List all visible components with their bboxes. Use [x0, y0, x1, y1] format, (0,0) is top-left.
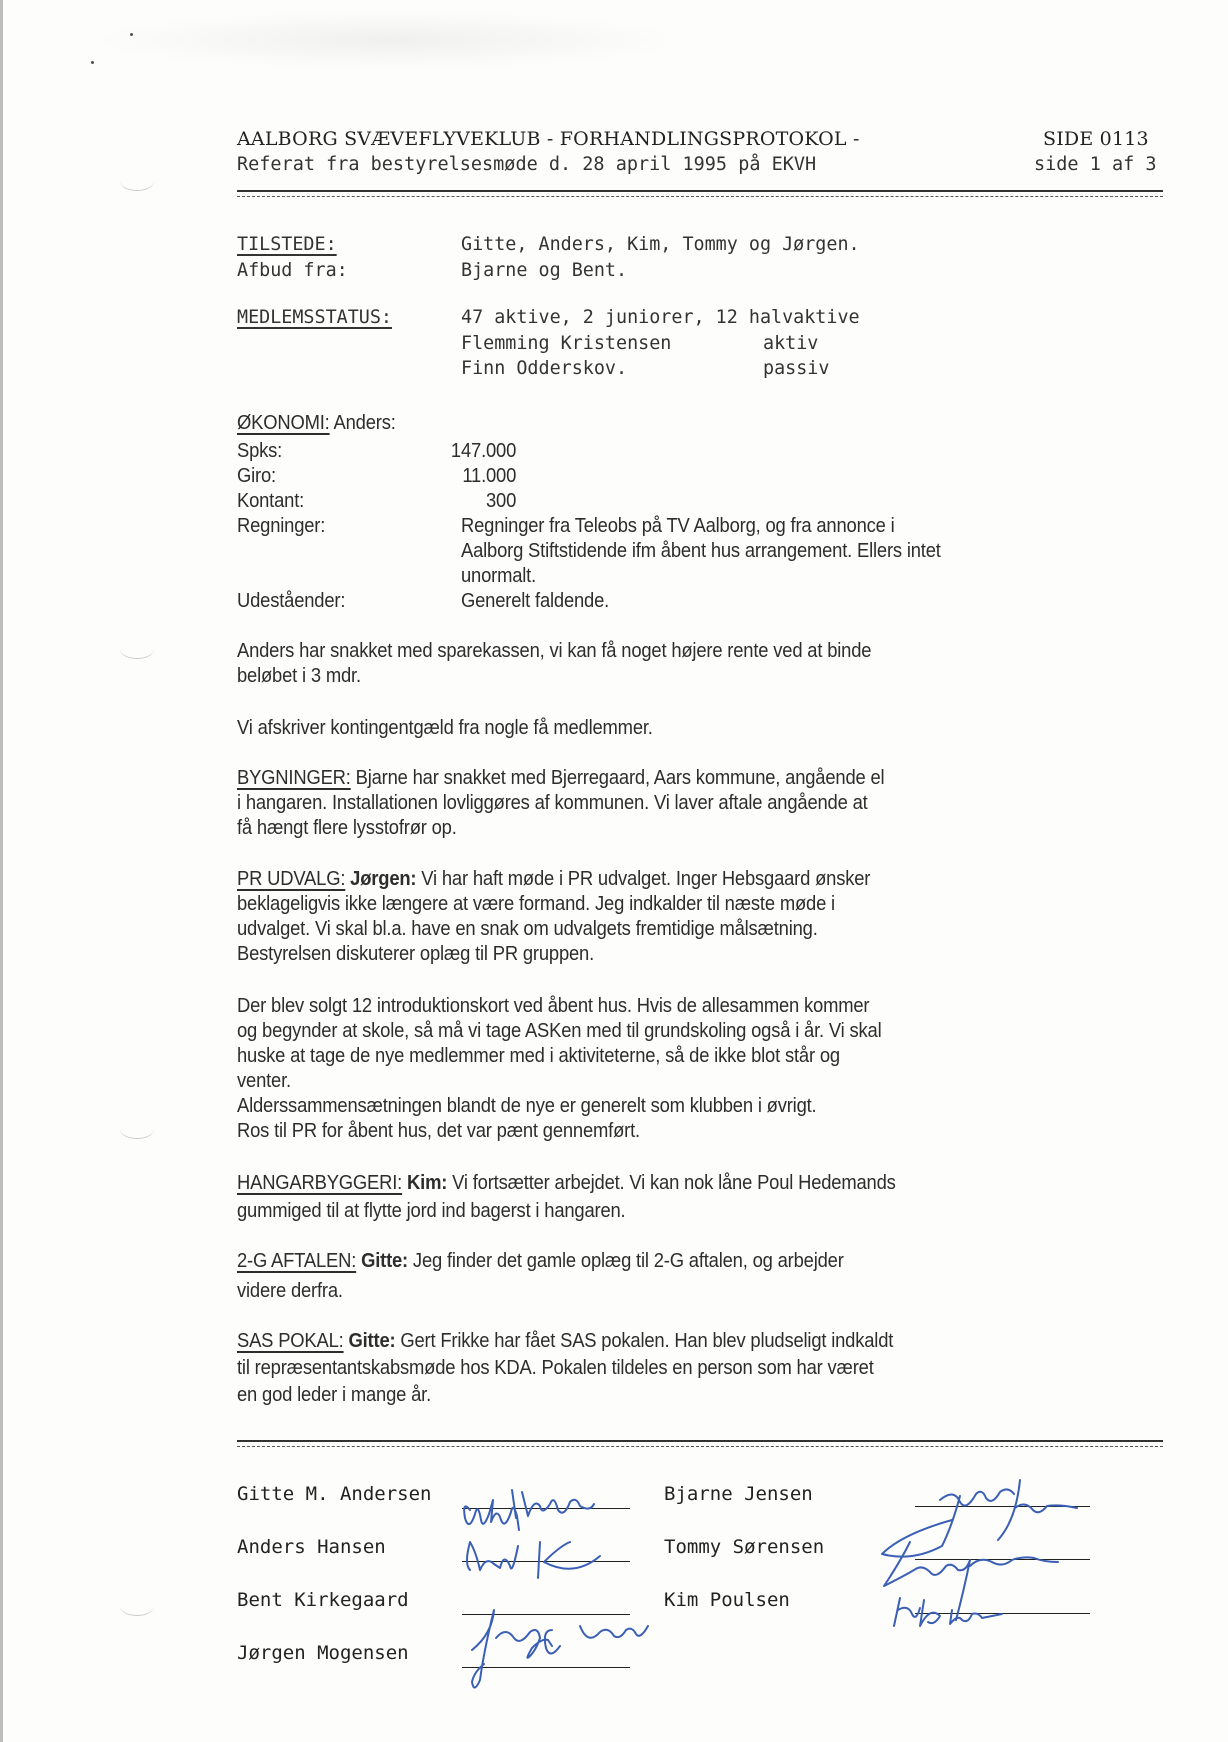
- scan-speck: [130, 33, 133, 36]
- openhouse-line: og begynder at skole, så må vi tage ASKe…: [237, 1020, 881, 1043]
- buildings-text: Bjarne har snakket med Bjerregaard, Aars…: [351, 767, 885, 789]
- absent-label: Afbud fra:: [237, 258, 348, 283]
- sas-label: SAS POKAL:: [237, 1330, 344, 1352]
- savings-line: Anders har snakket med sparekassen, vi k…: [237, 640, 871, 663]
- buildings-line: få hængt flere lysstofrør op.: [237, 817, 457, 840]
- absent-value: Bjarne og Bent.: [461, 258, 627, 283]
- bills-label: Regninger:: [237, 515, 325, 538]
- buildings-label: BYGNINGER:: [237, 767, 351, 789]
- scan-speck: [91, 61, 94, 64]
- member-status: aktiv: [763, 331, 818, 356]
- scan-smudge: [90, 10, 690, 70]
- account-value: 147.000: [380, 440, 516, 463]
- pr-text: Vi har haft møde i PR udvalget. Inger He…: [416, 868, 870, 890]
- economy-label: ØKONOMI:: [237, 412, 330, 434]
- pr-speaker: Jørgen:: [345, 868, 416, 890]
- pr-label: PR UDVALG:: [237, 868, 345, 890]
- pr-line: Bestyrelsen diskuterer oplæg til PR grup…: [237, 943, 594, 966]
- sas-text: Gert Frikke har fået SAS pokalen. Han bl…: [395, 1330, 893, 1352]
- bills-line: Aalborg Stiftstidende ifm åbent hus arra…: [461, 540, 941, 563]
- sas-line: en god leder i mange år.: [237, 1384, 431, 1407]
- buildings-line: BYGNINGER: Bjarne har snakket med Bjerre…: [237, 767, 884, 790]
- openhouse-line: huske at tage de nye medlemmer med i akt…: [237, 1045, 840, 1068]
- outstanding-value: Generelt faldende.: [461, 590, 609, 613]
- punch-hole: [120, 1120, 154, 1139]
- bills-line: Regninger fra Teleobs på TV Aalborg, og …: [461, 515, 895, 538]
- hangar-line: gummiged til at flytte jord ind bagerst …: [237, 1200, 625, 1223]
- economy-heading: ØKONOMI: Anders:: [237, 412, 396, 435]
- hangar-label: HANGARBYGGERI:: [237, 1172, 402, 1194]
- punch-hole: [120, 1597, 154, 1616]
- signatory-name: Jørgen Mogensen: [237, 1642, 409, 1664]
- bills-line: unormalt.: [461, 565, 536, 588]
- twog-label: 2-G AFTALEN:: [237, 1250, 356, 1272]
- member-name: Finn Odderskov.: [461, 356, 627, 381]
- signatory-name: Anders Hansen: [237, 1536, 386, 1558]
- buildings-line: i hangaren. Installationen lovliggøres a…: [237, 792, 868, 815]
- economy-reporter: Anders:: [334, 412, 396, 434]
- signatory-name: Gitte M. Andersen: [237, 1483, 431, 1505]
- openhouse-line: Der blev solgt 12 introduktionskort ved …: [237, 995, 869, 1018]
- sas-line: SAS POKAL: Gitte: Gert Frikke har fået S…: [237, 1330, 893, 1353]
- member-name: Flemming Kristensen: [461, 331, 671, 356]
- hangar-text: Vi fortsætter arbejdet. Vi kan nok låne …: [447, 1172, 895, 1194]
- account-value: 300: [380, 490, 516, 513]
- document-subtitle: Referat fra bestyrelsesmøde d. 28 april …: [237, 154, 816, 175]
- twog-speaker: Gitte:: [356, 1250, 408, 1272]
- account-label: Kontant:: [237, 490, 304, 513]
- membership-label: MEDLEMSSTATUS:: [237, 305, 392, 330]
- hangar-line: HANGARBYGGERI: Kim: Vi fortsætter arbejd…: [237, 1172, 896, 1195]
- page-number: side 1 af 3: [1034, 154, 1157, 175]
- pr-line: beklageligvis ikke længere at være forma…: [237, 893, 835, 916]
- pr-line: PR UDVALG: Jørgen: Vi har haft møde i PR…: [237, 868, 870, 891]
- signatory-name: Bent Kirkegaard: [237, 1589, 409, 1611]
- membership-summary: 47 aktive, 2 juniorer, 12 halvaktive: [461, 305, 860, 330]
- twog-text: Jeg finder det gamle oplæg til 2-G aftal…: [408, 1250, 844, 1272]
- account-label: Spks:: [237, 440, 282, 463]
- pr-line: udvalget. Vi skal bl.a. have en snak om …: [237, 918, 818, 941]
- savings-line: beløbet i 3 mdr.: [237, 665, 361, 688]
- handwritten-signatures: [440, 1470, 1220, 1740]
- document-title: AALBORG SVÆVEFLYVEKLUB - FORHANDLINGSPRO…: [237, 128, 860, 150]
- outstanding-label: Udeståender:: [237, 590, 345, 613]
- sas-speaker: Gitte:: [344, 1330, 396, 1352]
- hangar-speaker: Kim:: [402, 1172, 447, 1194]
- openhouse-line: Ros til PR for åbent hus, det var pænt g…: [237, 1120, 640, 1143]
- account-value: 11.000: [380, 465, 516, 488]
- twog-line: 2-G AFTALEN: Gitte: Jeg finder det gamle…: [237, 1250, 844, 1273]
- account-label: Giro:: [237, 465, 276, 488]
- openhouse-line: Alderssammensætningen blandt de nye er g…: [237, 1095, 816, 1118]
- punch-hole: [120, 172, 154, 191]
- sas-line: til repræsentantskabsmøde hos KDA. Pokal…: [237, 1357, 874, 1380]
- footer-rule: [237, 1440, 1163, 1447]
- openhouse-line: venter.: [237, 1070, 291, 1093]
- present-label: TILSTEDE:: [237, 232, 337, 257]
- twog-line: videre derfra.: [237, 1280, 343, 1303]
- member-status: passiv: [763, 356, 829, 381]
- page-edge: [0, 0, 3, 1742]
- writeoff-line: Vi afskriver kontingentgæld fra nogle få…: [237, 717, 653, 740]
- header-rule: [237, 190, 1163, 197]
- present-value: Gitte, Anders, Kim, Tommy og Jørgen.: [461, 232, 860, 257]
- page-code: SIDE 0113: [1043, 128, 1149, 150]
- punch-hole: [120, 640, 154, 659]
